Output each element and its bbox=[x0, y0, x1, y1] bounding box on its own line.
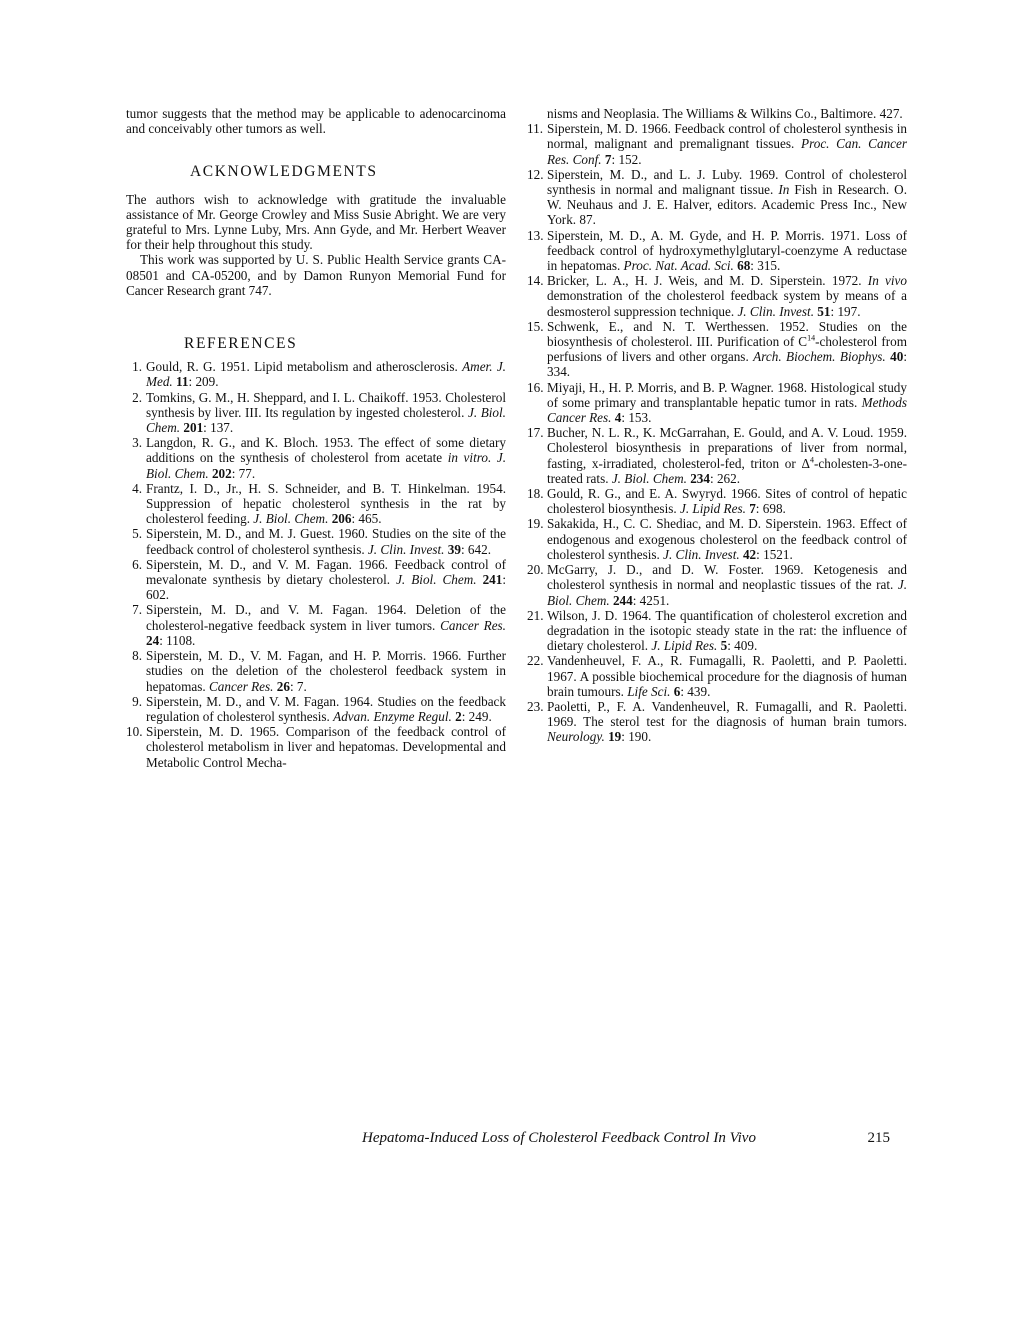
reference-item: 6.Siperstein, M. D., and V. M. Fagan. 19… bbox=[126, 557, 506, 603]
page-number: 215 bbox=[868, 1130, 891, 1147]
reference-item: 22.Vandenheuvel, F. A., R. Fumagalli, R.… bbox=[527, 653, 907, 699]
reference-number: 12. bbox=[527, 167, 543, 182]
reference-number: 5. bbox=[126, 526, 142, 541]
reference-number: 10. bbox=[126, 724, 142, 739]
reference-item: 8.Siperstein, M. D., V. M. Fagan, and H.… bbox=[126, 648, 506, 694]
reference-item: 1.Gould, R. G. 1951. Lipid metabolism an… bbox=[126, 359, 506, 389]
right-column: nisms and Neoplasia. The Williams & Wilk… bbox=[527, 106, 907, 745]
references-list-left: 1.Gould, R. G. 1951. Lipid metabolism an… bbox=[126, 359, 506, 769]
reference-number: 8. bbox=[126, 648, 142, 663]
reference-number: 22. bbox=[527, 653, 543, 668]
reference-item: 21.Wilson, J. D. 1964. The quantificatio… bbox=[527, 608, 907, 654]
reference-item: 16.Miyaji, H., H. P. Morris, and B. P. W… bbox=[527, 380, 907, 426]
reference-number: 23. bbox=[527, 699, 543, 714]
acknowledgments-paragraph-2: This work was supported by U. S. Public … bbox=[126, 252, 506, 298]
reference-number: 18. bbox=[527, 486, 543, 501]
reference-number: 15. bbox=[527, 319, 543, 334]
reference-number: 14. bbox=[527, 273, 543, 288]
reference-item: 13.Siperstein, M. D., A. M. Gyde, and H.… bbox=[527, 228, 907, 274]
reference-item: 18.Gould, R. G., and E. A. Swyryd. 1966.… bbox=[527, 486, 907, 516]
running-title: Hepatoma-Induced Loss of Cholesterol Fee… bbox=[362, 1130, 756, 1146]
reference-item: 19.Sakakida, H., C. C. Shediac, and M. D… bbox=[527, 516, 907, 562]
reference-item: 17.Bucher, N. L. R., K. McGarrahan, E. G… bbox=[527, 425, 907, 486]
reference-number: 9. bbox=[126, 694, 142, 709]
reference-item: 2.Tomkins, G. M., H. Sheppard, and I. L.… bbox=[126, 390, 506, 436]
reference-item: 10.Siperstein, M. D. 1965. Comparison of… bbox=[126, 724, 506, 770]
reference-number: 16. bbox=[527, 380, 543, 395]
acknowledgments-paragraph-1: The authors wish to acknowledge with gra… bbox=[126, 192, 506, 253]
page-footer: Hepatoma-Induced Loss of Cholesterol Fee… bbox=[362, 1130, 902, 1147]
reference-number: 6. bbox=[126, 557, 142, 572]
reference-item: 9.Siperstein, M. D., and V. M. Fagan. 19… bbox=[126, 694, 506, 724]
reference-number: 1. bbox=[126, 359, 142, 374]
references-list-right: nisms and Neoplasia. The Williams & Wilk… bbox=[527, 106, 907, 745]
reference-item: 3.Langdon, R. G., and K. Bloch. 1953. Th… bbox=[126, 435, 506, 481]
reference-item: 23.Paoletti, P., F. A. Vandenheuvel, R. … bbox=[527, 699, 907, 745]
reference-item: 11.Siperstein, M. D. 1966. Feedback cont… bbox=[527, 121, 907, 167]
reference-item: 7.Siperstein, M. D., and V. M. Fagan. 19… bbox=[126, 602, 506, 648]
reference-continuation: nisms and Neoplasia. The Williams & Wilk… bbox=[527, 106, 907, 121]
reference-item: 15.Schwenk, E., and N. T. Werthessen. 19… bbox=[527, 319, 907, 380]
reference-item: 4.Frantz, I. D., Jr., H. S. Schneider, a… bbox=[126, 481, 506, 527]
reference-item: 14.Bricker, L. A., H. J. Weis, and M. D.… bbox=[527, 273, 907, 319]
reference-number: 20. bbox=[527, 562, 543, 577]
reference-item: 5.Siperstein, M. D., and M. J. Guest. 19… bbox=[126, 526, 506, 556]
reference-number: 7. bbox=[126, 602, 142, 617]
reference-number: 17. bbox=[527, 425, 543, 440]
acknowledgments-heading: ACKNOWLEDGMENTS bbox=[190, 164, 506, 179]
references-heading: REFERENCES bbox=[184, 336, 506, 351]
reference-number: 19. bbox=[527, 516, 543, 531]
reference-number: 13. bbox=[527, 228, 543, 243]
reference-number: 11. bbox=[527, 121, 543, 136]
reference-number: 4. bbox=[126, 481, 142, 496]
reference-number: 2. bbox=[126, 390, 142, 405]
intro-paragraph: tumor suggests that the method may be ap… bbox=[126, 106, 506, 136]
reference-item: 20.McGarry, J. D., and D. W. Foster. 196… bbox=[527, 562, 907, 608]
left-column: tumor suggests that the method may be ap… bbox=[126, 106, 506, 770]
reference-item: 12.Siperstein, M. D., and L. J. Luby. 19… bbox=[527, 167, 907, 228]
reference-number: 21. bbox=[527, 608, 543, 623]
reference-number: 3. bbox=[126, 435, 142, 450]
